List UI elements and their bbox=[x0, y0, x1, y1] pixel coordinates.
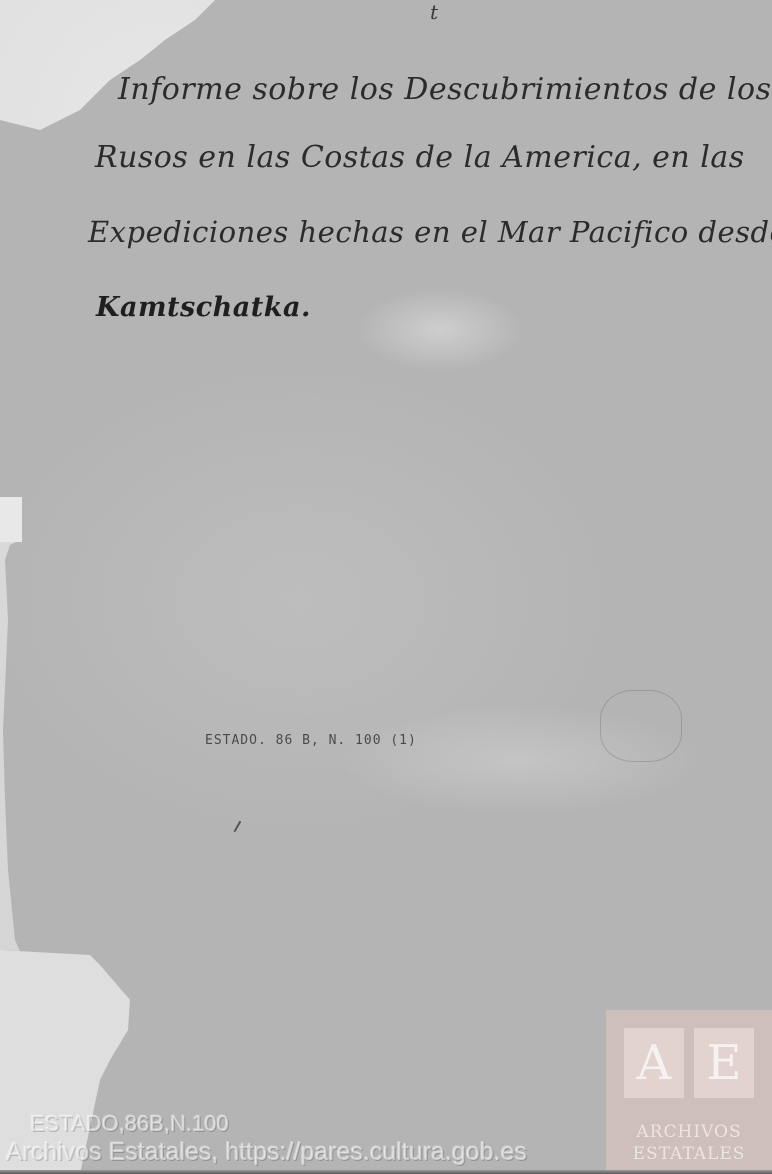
watermark-source: Archivos Estatales, https://pares.cultur… bbox=[6, 1138, 527, 1167]
archivos-estatales-logo: A E ARCHIVOS ESTATALES bbox=[606, 1010, 772, 1174]
watermark-reference: ESTADO,86B,N.100 bbox=[30, 1111, 229, 1137]
logo-text-line1: ARCHIVOS bbox=[616, 1122, 762, 1142]
logo-text-line2: ESTATALES bbox=[616, 1144, 762, 1164]
logo-letters: A E bbox=[624, 1028, 754, 1098]
page-tear bbox=[0, 497, 22, 542]
title-line-4: Kamtschatka. bbox=[96, 292, 311, 323]
faded-stamp bbox=[600, 690, 682, 762]
scan-bottom-edge bbox=[0, 1170, 772, 1174]
folio-mark: t bbox=[430, 0, 439, 24]
logo-letter-e: E bbox=[694, 1028, 754, 1098]
shelfmark-stamp: ESTADO. 86 B, N. 100 (1) bbox=[205, 733, 417, 748]
title-line-2: Rusos en las Costas de la America, en la… bbox=[95, 140, 745, 175]
logo-letter-a: A bbox=[624, 1028, 684, 1098]
title-line-1: Informe sobre los Descubrimientos de los bbox=[118, 72, 771, 107]
title-line-3: Expediciones hechas en el Mar Pacifico d… bbox=[88, 215, 772, 249]
